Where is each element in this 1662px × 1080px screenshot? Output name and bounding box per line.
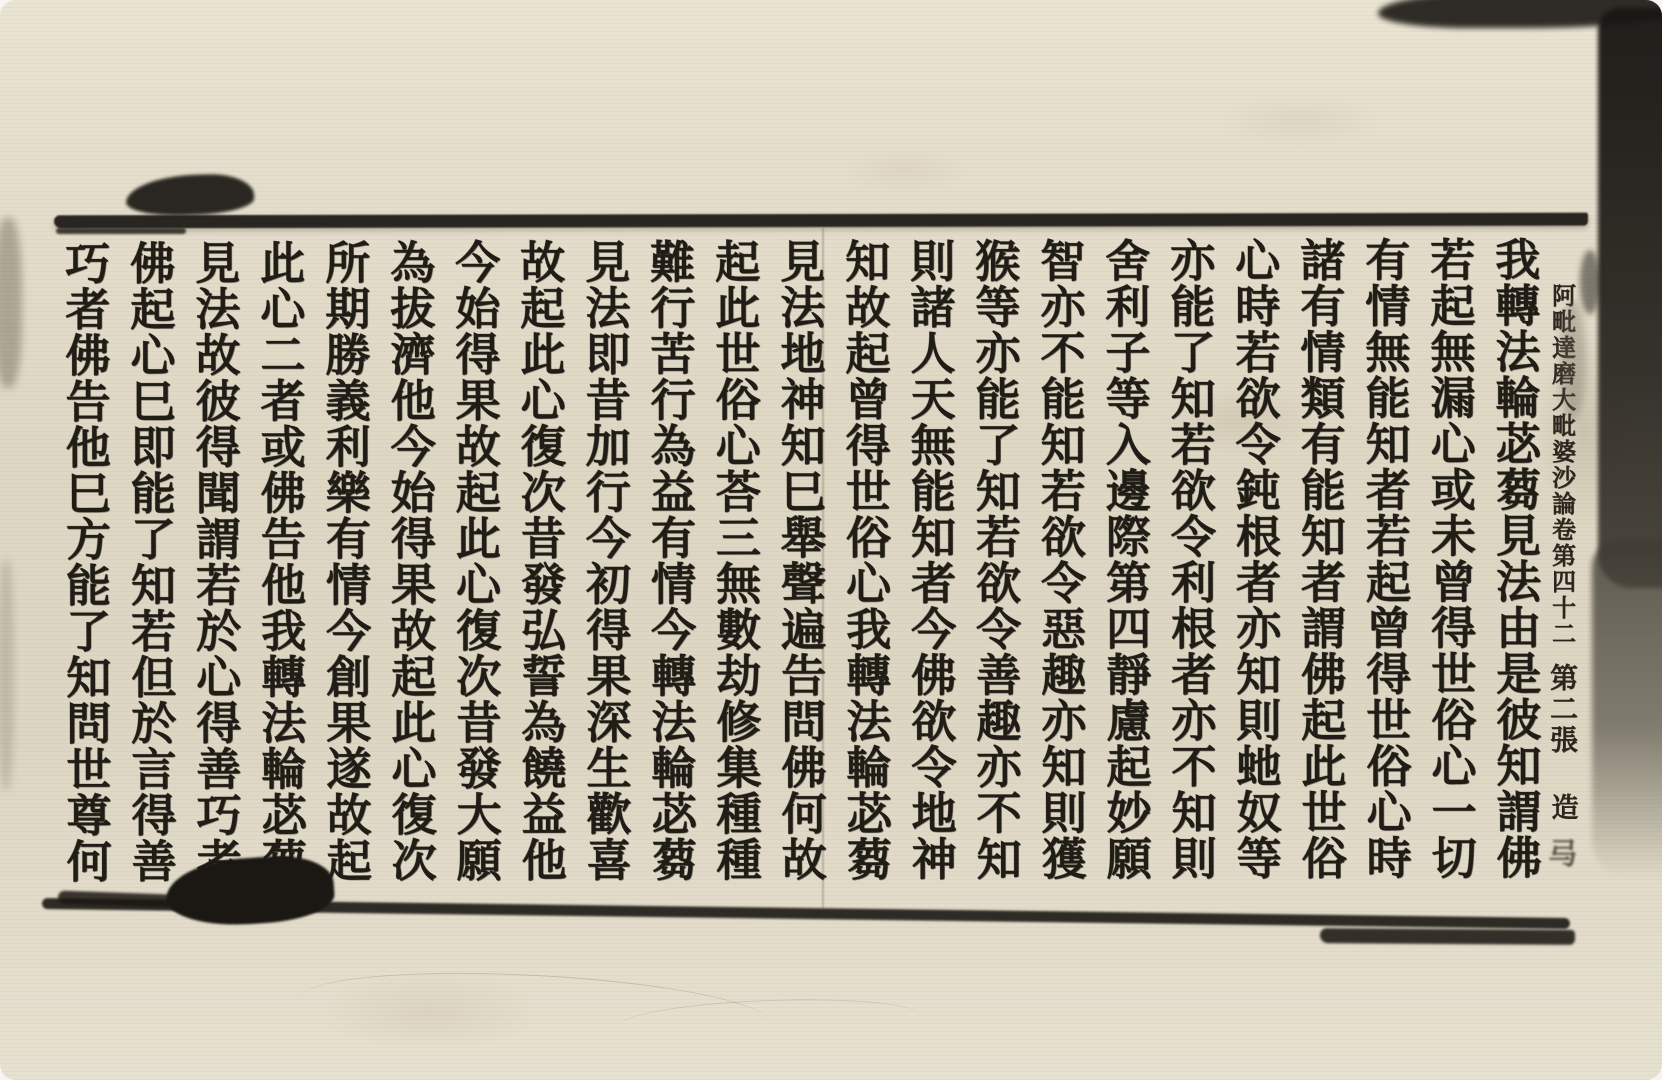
block-top-border: [54, 213, 1588, 229]
text-column: 故起此心復次昔發弘誓為饒益他: [506, 239, 573, 899]
text-column: 智亦不能知若欲令惡趣亦知則獲: [1026, 237, 1093, 897]
text-column: 此心二者或佛告他我轉法輪苾蒭: [246, 239, 313, 899]
faint-scroll-mark: 㢧: [1542, 838, 1583, 867]
text-column: 佛起心巳即能了知若但於言得善: [116, 240, 183, 900]
text-column: 舍利子等入邊際第四靜慮起妙願: [1091, 237, 1158, 897]
text-column: 若起無漏心或未曾得世俗心一切: [1416, 236, 1483, 896]
text-column: 難行苦行為益有情今轉法輪苾蒭: [636, 238, 703, 898]
ink-streak-left-lower: [0, 560, 14, 790]
text-column: 心時若欲令鈍根者亦知則虵奴等: [1221, 237, 1288, 897]
ink-band-right-lower: [1592, 540, 1662, 880]
text-column: 見法地神知巳舉聲遍告問佛何故: [766, 238, 833, 898]
text-column: 巧者佛告他巳方能了知問世尊何: [51, 240, 118, 900]
text-column: 我轉法輪苾蒭見法由是彼知謂佛: [1481, 236, 1548, 896]
text-column: 見法即昔加行今初得果深生歡喜: [571, 238, 638, 898]
text-column: 亦能了知若欲令利根者亦不知則: [1156, 237, 1223, 897]
ink-streak-left-edge: [0, 218, 22, 388]
block-bottom-border-thick: [1320, 928, 1575, 945]
text-column: 知故起曾得世俗心我轉法輪苾蒭: [831, 238, 898, 898]
text-column: 所期勝義利樂有情今創果遂故起: [311, 239, 378, 899]
text-column: 今始得果故起此心復次昔發大願: [441, 239, 508, 899]
ink-smudge-top-left: [125, 173, 254, 217]
text-column: 則諸人天無能知者今佛欲令地神: [896, 238, 963, 898]
ink-band-right-edge: [1598, 8, 1662, 588]
text-column: 猴等亦能了知若欲令善趣亦不知: [961, 237, 1028, 897]
text-column: 諸有情類有能知者謂佛起此世俗: [1286, 237, 1353, 897]
sheet-number-mark: 第二張: [1542, 663, 1582, 763]
text-column: 見法故彼得聞謂若於心得善巧者: [181, 239, 248, 899]
text-column: 為拔濟他今始得果故起此心復次: [376, 239, 443, 899]
block-top-border-double: [56, 228, 186, 234]
text-column: 起此世俗心荅三無數劫修集種種: [701, 238, 768, 898]
ink-spot-right-faint: [1560, 300, 1586, 420]
manuscript-photo: 我轉法輪苾蒭見法由是彼知謂佛若起無漏心或未曾得世俗心一切有情無能知者若起曾得世俗…: [0, 0, 1662, 1080]
text-columns: 我轉法輪苾蒭見法由是彼知謂佛若起無漏心或未曾得世俗心一切有情無能知者若起曾得世俗…: [51, 236, 1548, 908]
case-mark: 造: [1543, 793, 1582, 820]
ink-spot-right: [1580, 250, 1600, 314]
text-column: 有情無能知者若起曾得世俗心時: [1351, 236, 1418, 896]
